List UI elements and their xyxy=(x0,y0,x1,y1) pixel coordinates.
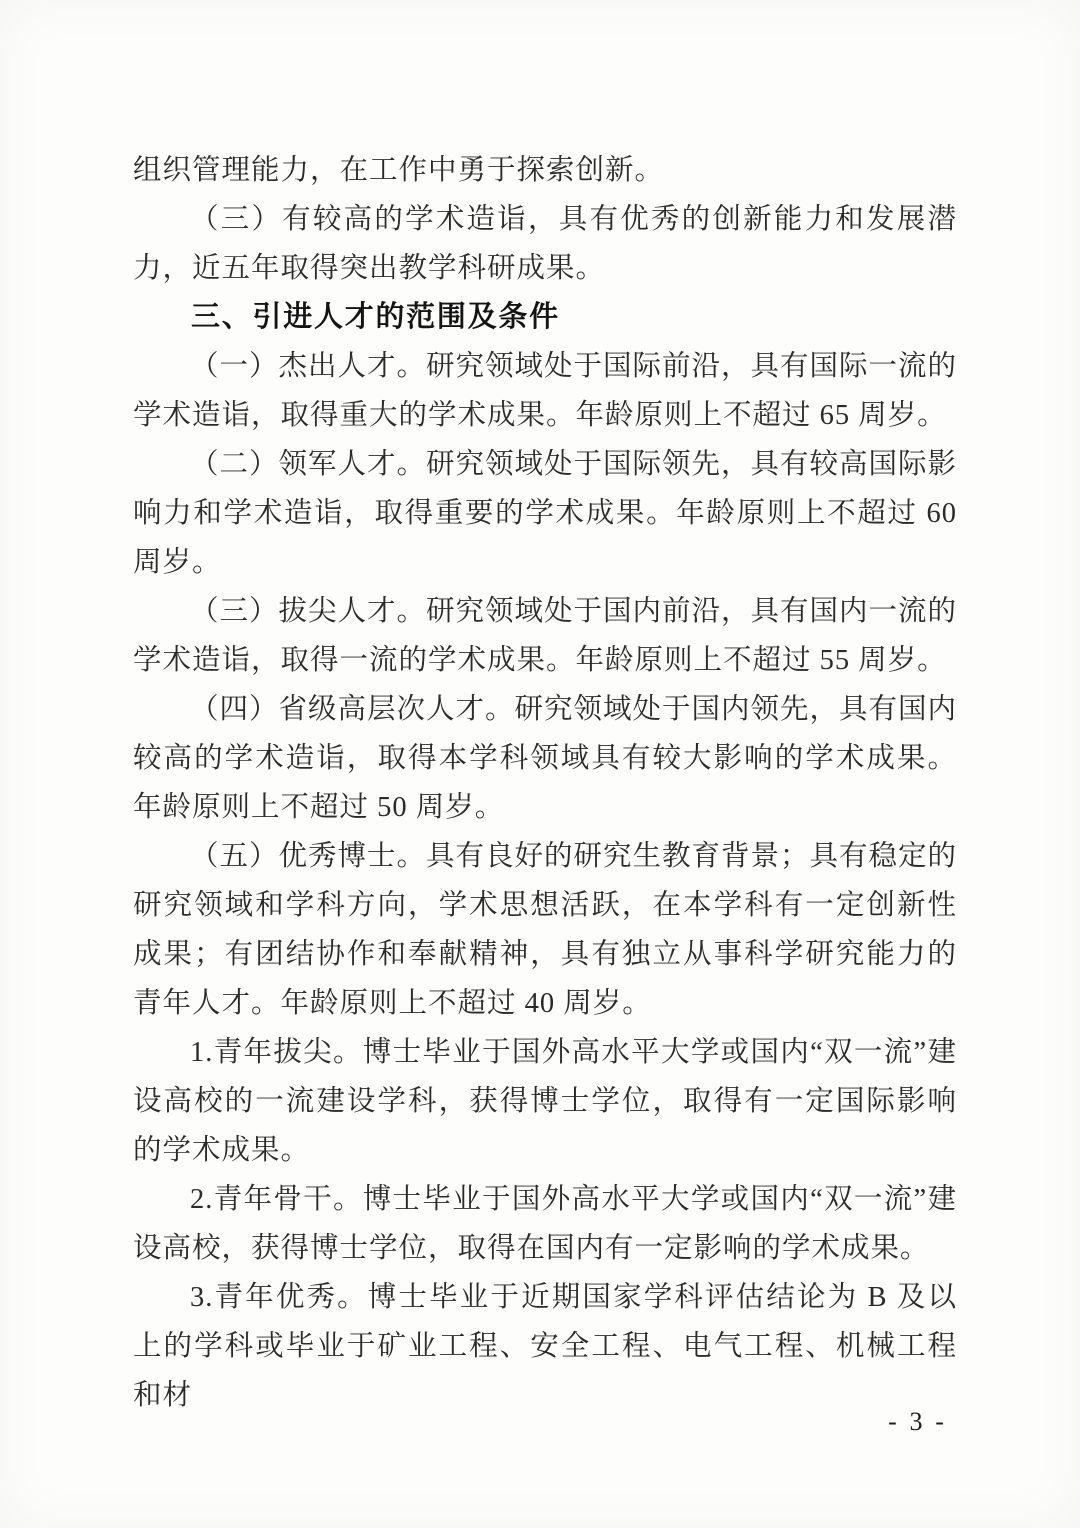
paragraph-outstanding-talent: （一）杰出人才。研究领域处于国际前沿，具有国际一流的学术造诣，取得重大的学术成果… xyxy=(133,342,957,440)
paragraph-young-excellent: 3.青年优秀。博士毕业于近期国家学科评估结论为 B 及以上的学科或毕业于矿业工程… xyxy=(133,1273,957,1420)
section-heading-talent-scope-and-conditions: 三、引进人才的范围及条件 xyxy=(133,293,957,342)
document-body: 组织管理能力，在工作中勇于探索创新。 （三）有较高的学术造诣，具有优秀的创新能力… xyxy=(133,146,957,1420)
paragraph-leading-talent: （二）领军人才。研究领域处于国际领先，具有较高国际影响力和学术造诣，取得重要的学… xyxy=(133,440,957,587)
page-number: - 3 - xyxy=(888,1404,947,1440)
paragraph-top-notch-talent: （三）拔尖人才。研究领域处于国内前沿，具有国内一流的学术造诣，取得一流的学术成果… xyxy=(133,587,957,685)
paragraph-provincial-high-level-talent: （四）省级高层次人才。研究领域处于国内领先，具有国内较高的学术造诣，取得本学科领… xyxy=(133,685,957,832)
paragraph-continued-from-previous-page: 组织管理能力，在工作中勇于探索创新。 xyxy=(133,146,957,195)
paragraph-young-top-notch: 1.青年拔尖。博士毕业于国外高水平大学或国内“双一流”建设高校的一流建设学科，获… xyxy=(133,1028,957,1175)
paragraph-young-backbone: 2.青年骨干。博士毕业于国外高水平大学或国内“双一流”建设高校，获得博士学位，取… xyxy=(133,1175,957,1273)
document-page: 组织管理能力，在工作中勇于探索创新。 （三）有较高的学术造诣，具有优秀的创新能力… xyxy=(0,0,1080,1528)
paragraph-excellent-doctor: （五）优秀博士。具有良好的研究生教育背景；具有稳定的研究领域和学科方向，学术思想… xyxy=(133,832,957,1028)
paragraph-condition-three: （三）有较高的学术造诣，具有优秀的创新能力和发展潜力，近五年取得突出教学科研成果… xyxy=(133,195,957,293)
